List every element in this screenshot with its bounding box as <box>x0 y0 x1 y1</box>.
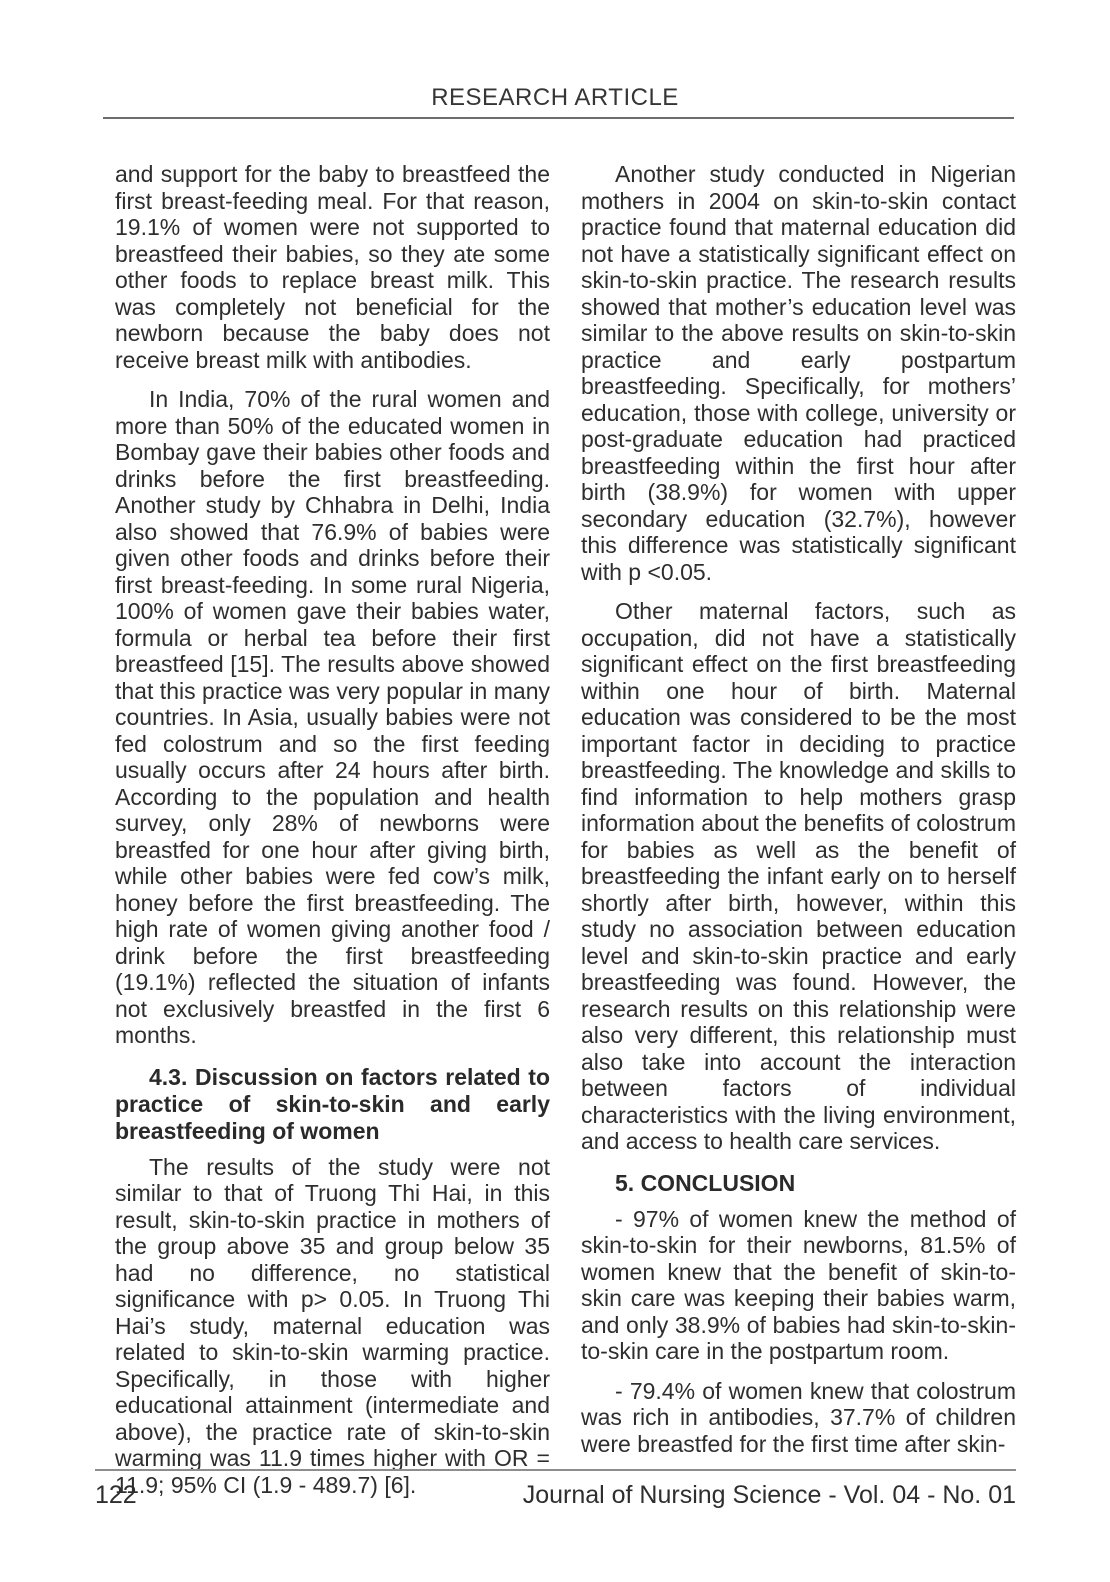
paragraph: - 79.4% of women knew that colostrum was… <box>581 1378 1016 1458</box>
page-footer: 122 Journal of Nursing Science - Vol. 04… <box>95 1481 1016 1510</box>
header-divider <box>103 117 1014 119</box>
paragraph: - 97% of women knew the method of skin-t… <box>581 1206 1016 1365</box>
article-body: and support for the baby to breastfeed t… <box>115 161 1016 1511</box>
footer-divider <box>95 1469 1016 1471</box>
page-number: 122 <box>95 1481 137 1510</box>
running-head: RESEARCH ARTICLE <box>0 84 1110 112</box>
paragraph: Other maternal factors, such as occupati… <box>581 598 1016 1155</box>
document-page: RESEARCH ARTICLE and support for the bab… <box>0 0 1110 1582</box>
journal-title: Journal of Nursing Science - Vol. 04 - N… <box>523 1481 1016 1510</box>
right-column: Another study conducted in Nigerian moth… <box>581 161 1016 1511</box>
paragraph: Another study conducted in Nigerian moth… <box>581 161 1016 585</box>
section-heading-conclusion: 5. CONCLUSION <box>581 1170 1016 1197</box>
paragraph: The results of the study were not simila… <box>115 1154 550 1499</box>
section-heading-discussion: 4.3. Discussion on factors related to pr… <box>115 1064 550 1145</box>
paragraph-continuation: and support for the baby to breastfeed t… <box>115 161 550 373</box>
left-column: and support for the baby to breastfeed t… <box>115 161 550 1511</box>
paragraph: In India, 70% of the rural women and mor… <box>115 386 550 1049</box>
